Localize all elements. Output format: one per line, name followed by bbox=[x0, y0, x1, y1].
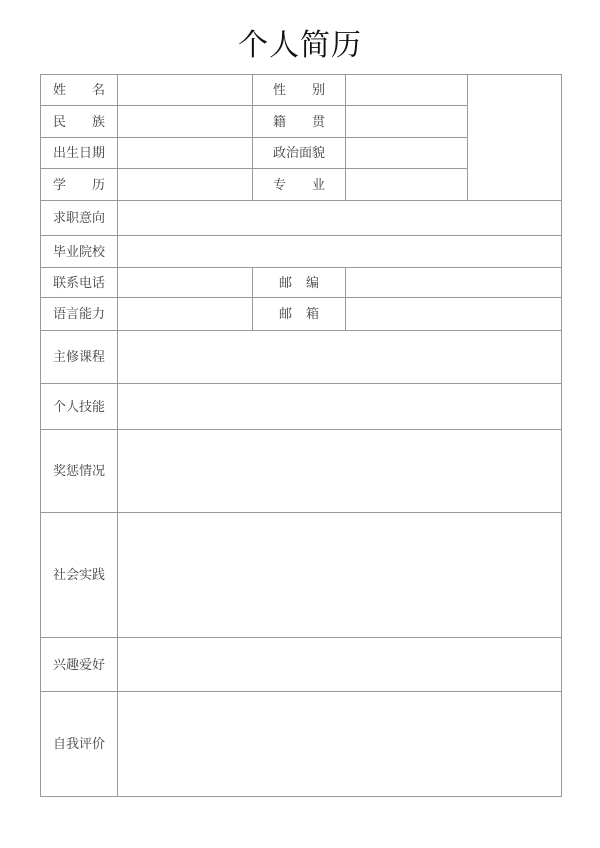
hobbies-value-cell[interactable] bbox=[118, 638, 562, 692]
birth-date-label: 出生日期 bbox=[41, 138, 118, 169]
contact-phone-label: 联系电话 bbox=[41, 268, 118, 298]
social-practice-value-cell[interactable] bbox=[118, 513, 562, 638]
job-intention-label: 求职意向 bbox=[41, 201, 118, 236]
education-label: 学历 bbox=[41, 169, 118, 201]
native-place-label: 籍贯 bbox=[253, 106, 346, 138]
job-intention-value-cell[interactable] bbox=[118, 201, 562, 236]
table-row: 毕业院校 bbox=[41, 236, 562, 268]
email-label: 邮箱 bbox=[253, 298, 346, 331]
major-label: 专业 bbox=[253, 169, 346, 201]
table-row: 求职意向 bbox=[41, 201, 562, 236]
self-evaluation-label: 自我评价 bbox=[41, 692, 118, 797]
postal-code-label: 邮编 bbox=[253, 268, 346, 298]
table-row: 个人技能 bbox=[41, 384, 562, 430]
postal-code-value-cell[interactable] bbox=[346, 268, 562, 298]
name-label: 姓名 bbox=[41, 75, 118, 106]
graduate-school-label: 毕业院校 bbox=[41, 236, 118, 268]
birth-date-value-cell[interactable] bbox=[118, 138, 253, 169]
hobbies-label: 兴趣爱好 bbox=[41, 638, 118, 692]
gender-value-cell[interactable] bbox=[346, 75, 468, 106]
personal-skills-label: 个人技能 bbox=[41, 384, 118, 430]
education-value-cell[interactable] bbox=[118, 169, 253, 201]
table-row: 主修课程 bbox=[41, 331, 562, 384]
table-row: 自我评价 bbox=[41, 692, 562, 797]
gender-label: 性别 bbox=[253, 75, 346, 106]
table-row: 社会实践 bbox=[41, 513, 562, 638]
political-status-label: 政治面貌 bbox=[253, 138, 346, 169]
native-place-value-cell[interactable] bbox=[346, 106, 468, 138]
table-row: 姓名 性别 bbox=[41, 75, 562, 106]
ethnicity-value-cell[interactable] bbox=[118, 106, 253, 138]
resume-table: 姓名 性别 民族 籍贯 出生日期 政治面貌 学历 专业 求职意向 bbox=[40, 74, 562, 797]
language-ability-value-cell[interactable] bbox=[118, 298, 253, 331]
main-courses-value-cell[interactable] bbox=[118, 331, 562, 384]
table-row: 兴趣爱好 bbox=[41, 638, 562, 692]
ethnicity-label: 民族 bbox=[41, 106, 118, 138]
email-value-cell[interactable] bbox=[346, 298, 562, 331]
table-row: 语言能力 邮箱 bbox=[41, 298, 562, 331]
name-value-cell[interactable] bbox=[118, 75, 253, 106]
table-row: 联系电话 邮编 bbox=[41, 268, 562, 298]
contact-phone-value-cell[interactable] bbox=[118, 268, 253, 298]
political-status-value-cell[interactable] bbox=[346, 138, 468, 169]
language-ability-label: 语言能力 bbox=[41, 298, 118, 331]
awards-records-value-cell[interactable] bbox=[118, 430, 562, 513]
resume-page: 个人简历 姓名 性别 民族 籍贯 出生日期 政治面貌 bbox=[0, 0, 600, 848]
table-row: 奖惩情况 bbox=[41, 430, 562, 513]
page-title: 个人简历 bbox=[0, 28, 600, 64]
awards-records-label: 奖惩情况 bbox=[41, 430, 118, 513]
main-courses-label: 主修课程 bbox=[41, 331, 118, 384]
photo-cell[interactable] bbox=[468, 75, 562, 201]
social-practice-label: 社会实践 bbox=[41, 513, 118, 638]
self-evaluation-value-cell[interactable] bbox=[118, 692, 562, 797]
major-value-cell[interactable] bbox=[346, 169, 468, 201]
graduate-school-value-cell[interactable] bbox=[118, 236, 562, 268]
personal-skills-value-cell[interactable] bbox=[118, 384, 562, 430]
